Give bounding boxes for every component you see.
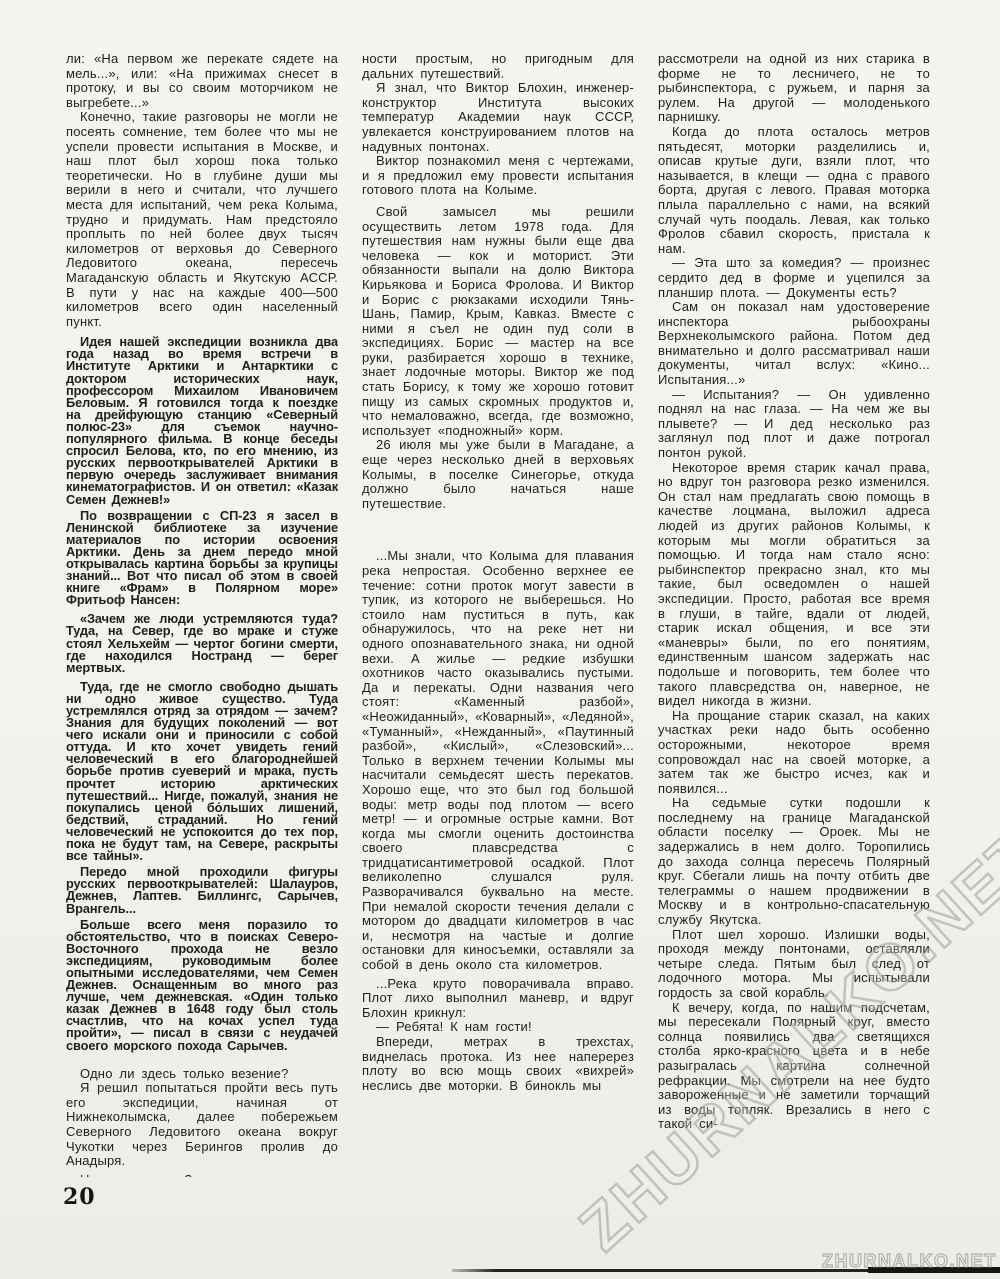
paragraph: Когда до плота осталось метров пятьдесят… (658, 125, 930, 256)
paragraph: — Испытания? — Он удивленно поднял на на… (658, 388, 930, 461)
paragraph: — Ребята! К нам гости! (362, 1020, 634, 1035)
paragraph: ности простым, но пригодным для дальних … (362, 52, 634, 81)
text-column-left: ли: «На первом же перекате сядете на мел… (66, 52, 338, 1177)
paragraph: Впереди, метрах в трехстах, виднелась пр… (362, 1035, 634, 1093)
paragraph: ли: «На первом же перекате сядете на мел… (66, 52, 338, 110)
paragraph: Я решил попытаться пройти весь путь его … (66, 1081, 338, 1169)
paragraph: Одно ли здесь только везение? (66, 1067, 338, 1082)
paragraph: Сам он показал нам удостоверение инспект… (658, 300, 930, 388)
paragraph: Некоторое время старик качал права, но в… (658, 461, 930, 709)
paragraph: Больше всего меня поразило то обстоятель… (66, 919, 338, 1052)
paragraph: — Эта што за комедия? — произнес сердито… (658, 256, 930, 300)
paragraph: По возвращении с СП-23 я засел в Ленинск… (66, 510, 338, 607)
paragraph: Туда, где не смогло свободно дышать ни о… (66, 681, 338, 862)
paragraph: К вечеру, когда, по нашим подсчетам, мы … (658, 1001, 930, 1132)
paragraph: Свой замысел мы решили осуществить летом… (362, 205, 634, 439)
paragraph: ...Река круто поворачивала вправо. Плот … (362, 977, 634, 1021)
paragraph: 26 июля мы уже были в Магадане, а еще че… (362, 438, 634, 511)
paragraph: Идея нашей экспедиции возникла два года … (66, 336, 338, 505)
page-number: 20 (63, 1184, 96, 1210)
paragraph: ...Мы знали, что Колыма для плавания рек… (362, 549, 634, 972)
text-column-right: рассмотрели на одной из них старика в фо… (658, 52, 930, 1132)
text-column-middle: ности простым, но пригодным для дальних … (362, 52, 634, 1093)
paragraph: На прощание старик сказал, на каких учас… (658, 709, 930, 797)
paragraph: Но на чем идти? (66, 1173, 338, 1177)
bottom-rule-thick-segment (868, 1267, 1000, 1273)
paragraph: Плот шел хорошо. Излишки воды, проходя м… (658, 928, 930, 1001)
paragraph: Я знал, что Виктор Блохин, инженер-конст… (362, 81, 634, 154)
paragraph: Конечно, такие разговоры не могли не пос… (66, 110, 338, 329)
paragraph: «Зачем же люди устремляются туда? Туда, … (66, 613, 338, 673)
paragraph: Виктор познакомил меня с чертежами, и я … (362, 154, 634, 198)
paragraph: Передо мной проходили фигуры русских пер… (66, 866, 338, 914)
paragraph: На седьмые сутки подошли к последнему на… (658, 796, 930, 927)
magazine-page: ли: «На первом же перекате сядете на мел… (0, 0, 1000, 1279)
paragraph: рассмотрели на одной из них старика в фо… (658, 52, 930, 125)
